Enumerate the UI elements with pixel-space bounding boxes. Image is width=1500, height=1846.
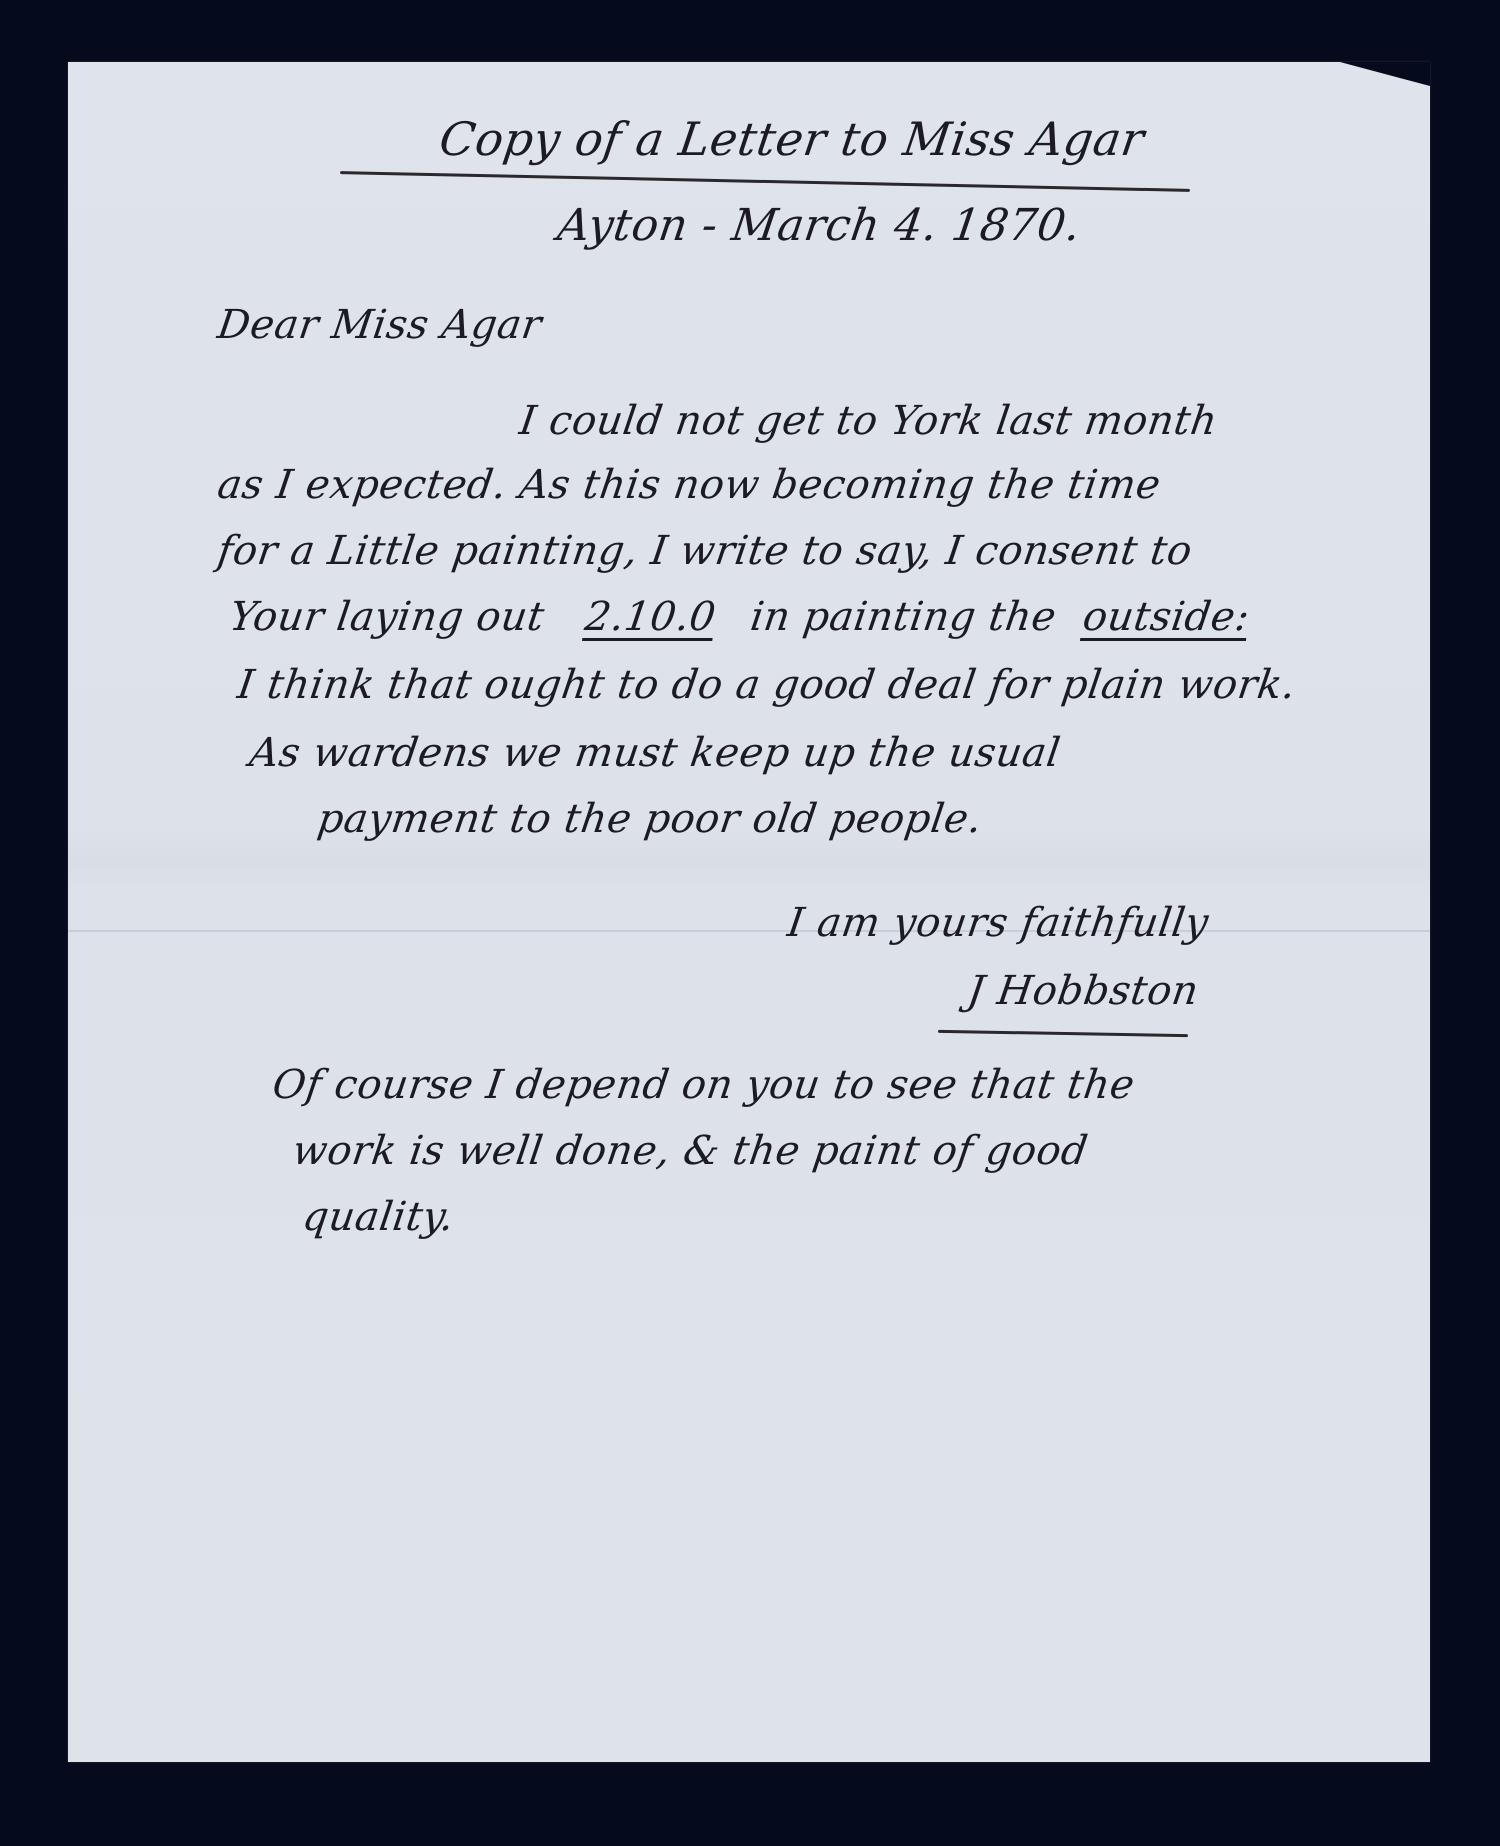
signature: J Hobbston	[965, 968, 1202, 1014]
salutation: Dear Miss Agar	[215, 302, 545, 348]
body-line-3: for a Little painting, I write to say, I…	[215, 528, 1195, 574]
body-line-4: Your laying out 2.10.0 in painting the o…	[227, 594, 1253, 640]
letter-heading: Copy of a Letter to Miss Agar	[436, 112, 1148, 166]
body-line-2: as I expected. As this now becoming the …	[215, 462, 1164, 508]
amount: 2.10.0	[582, 594, 719, 640]
postscript-line-1: Of course I depend on you to see that th…	[270, 1062, 1138, 1108]
body-line-7: payment to the poor old people.	[315, 796, 985, 842]
signature-rule	[938, 1030, 1188, 1037]
paper-fold-line	[68, 930, 1430, 932]
body-line-1: I could not get to York last month	[517, 398, 1221, 444]
postscript-line-2: work is well done, & the paint of good	[290, 1128, 1091, 1174]
closing: I am yours faithfully	[785, 900, 1212, 946]
folded-corner	[1340, 62, 1430, 86]
letter-paper: Copy of a Letter to Miss Agar Ayton - Ma…	[68, 62, 1430, 1762]
outside-word: outside:	[1080, 594, 1252, 640]
postscript-line-3: quality.	[300, 1194, 457, 1240]
heading-rule	[340, 171, 1190, 192]
body-line-5: I think that ought to do a good deal for…	[235, 662, 1299, 708]
place-date: Ayton - March 4. 1870.	[554, 200, 1084, 251]
body-line-6: As wardens we must keep up the usual	[247, 730, 1064, 776]
body-line-4b: in painting the	[748, 594, 1060, 640]
body-line-4a: Your laying out	[227, 594, 548, 640]
